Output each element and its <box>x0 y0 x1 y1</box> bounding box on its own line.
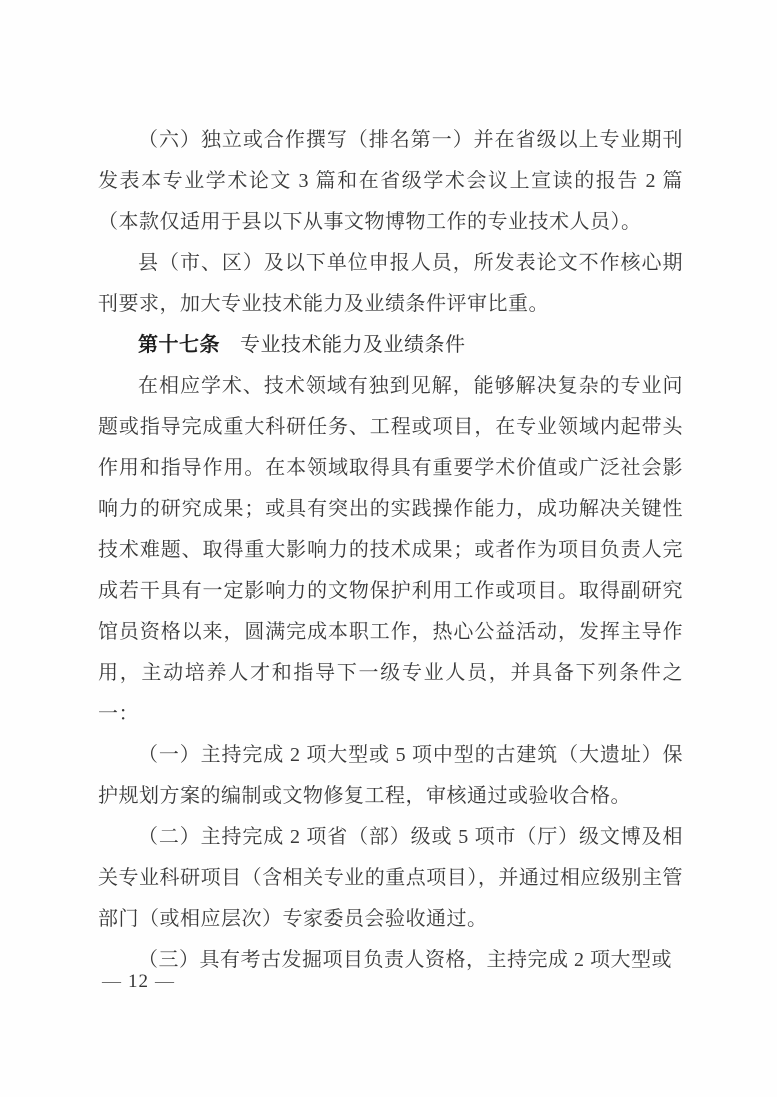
footer-left-dash: — <box>96 971 128 992</box>
paragraph-ability-requirements: 在相应学术、技术领域有独到见解，能够解决复杂的专业问题或指导完成重大科研任务、工… <box>98 366 683 735</box>
paragraph-clause-6: （六）独立或合作撰写（排名第一）并在省级以上专业期刊发表本专业学术论文 3 篇和… <box>98 120 683 243</box>
paragraph-condition-2: （二）主持完成 2 项省（部）级或 5 项市（厅）级文博及相关专业科研项目（含相… <box>98 817 683 940</box>
footer-right-dash: — <box>149 971 181 992</box>
paragraph-condition-3: （三）具有考古发掘项目负责人资格，主持完成 2 项大型或 <box>98 940 683 981</box>
paragraph-condition-1: （一）主持完成 2 项大型或 5 项中型的古建筑（大遗址）保护规划方案的编制或文… <box>98 735 683 817</box>
article-title: 专业技术能力及业绩条件 <box>240 334 466 356</box>
article-17-heading: 第十七条专业技术能力及业绩条件 <box>98 325 683 366</box>
article-number: 第十七条 <box>138 334 220 356</box>
page-number: 12 <box>128 971 149 992</box>
paragraph-county-applicants: 县（市、区）及以下单位申报人员，所发表论文不作核心期刊要求，加大专业技术能力及业… <box>98 243 683 325</box>
document-body: （六）独立或合作撰写（排名第一）并在省级以上专业期刊发表本专业学术论文 3 篇和… <box>98 120 683 981</box>
document-page: （六）独立或合作撰写（排名第一）并在省级以上专业期刊发表本专业学术论文 3 篇和… <box>0 0 777 1097</box>
page-footer: —12— <box>96 971 181 993</box>
